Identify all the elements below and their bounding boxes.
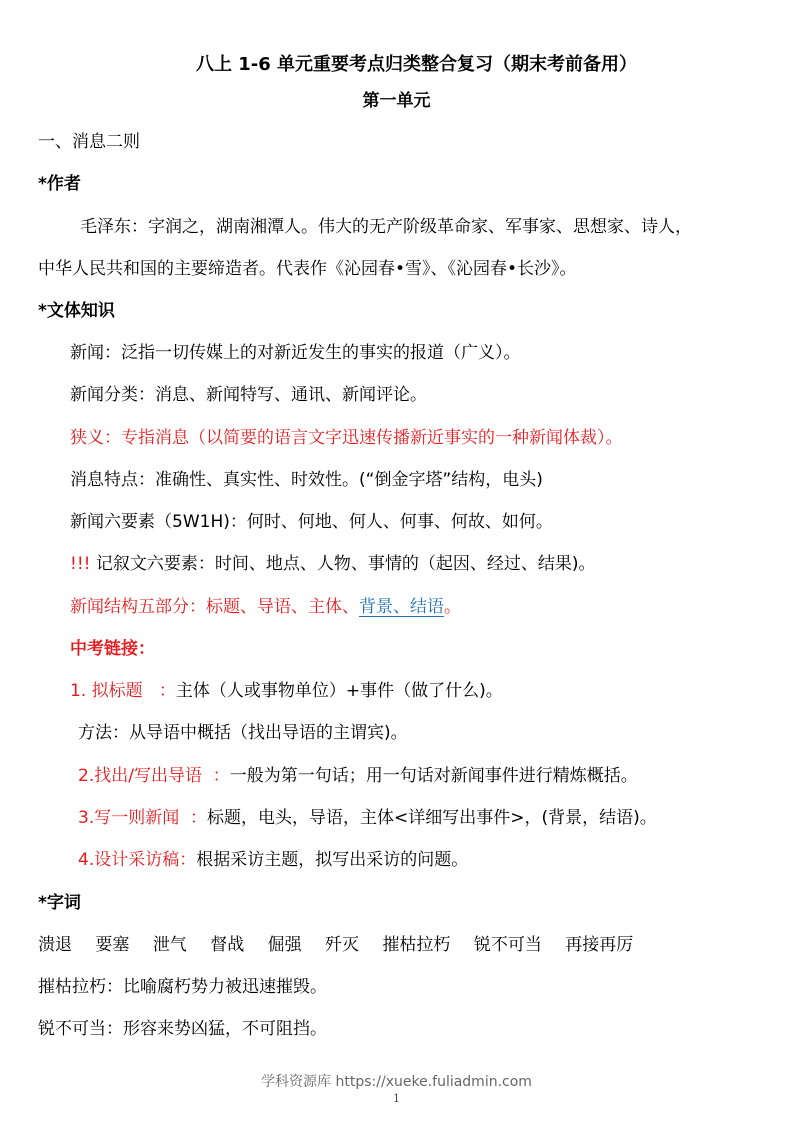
vocab-word: 督战 (210, 935, 244, 955)
six-elements: 新闻六要素（5W1H)：何时、何地、何人、何事、何故、如何。 (70, 511, 553, 533)
author-text-line-1: 毛泽东：字润之，湖南湘潭人。伟大的无产阶级革命家、军事家、思想家、诗人， (80, 216, 692, 238)
vocab-word: 泄气 (153, 935, 187, 955)
news-definition: 新闻：泛指一切传媒上的对新近发生的事实的报道（广义）。 (70, 342, 521, 364)
exam-link-heading: 中考链接： (70, 638, 155, 660)
structure-red-part: 新闻结构五部分：标题、导语、主体、 (70, 597, 359, 617)
exam-item-2-text: 一般为第一句话；用一句话对新闻事件进行精炼概括。 (230, 766, 638, 786)
exam-item-1: 1. 拟标题 ：主体（人或事物单位）+事件（做了什么)。 (70, 680, 503, 702)
exam-item-1-text: 主体（人或事物单位）+事件（做了什么)。 (176, 681, 503, 701)
exam-item-2-label: 2.找出/写出导语 ： (78, 766, 230, 786)
footer-watermark: 学科资源库 https://xueke.fuliadmin.com (0, 1071, 793, 1091)
vocab-word: 摧枯拉朽 (382, 935, 450, 955)
unit-heading: 第一单元 (0, 90, 793, 112)
vocab-definition-2: 锐不可当：形容来势凶猛，不可阻挡。 (38, 1018, 327, 1040)
author-heading: *作者 (38, 173, 81, 195)
document-title: 八上 1-6 单元重要考点归类整合复习（期末考前备用） (0, 54, 793, 76)
exam-item-3: 3.写一则新闻 ：标题，电头，导语，主体<详细写出事件>，(背景，结语)。 (78, 807, 657, 829)
exam-item-3-label: 3.写一则新闻 ： (78, 808, 207, 828)
exam-item-3-text: 标题，电头，导语，主体<详细写出事件>，(背景，结语)。 (207, 808, 657, 828)
page-number: 1 (0, 1092, 793, 1105)
exam-item-4-text: 根据采访主题，拟写出采访的问题。 (196, 850, 468, 870)
exam-item-1-label: 1. 拟标题 ： (70, 681, 176, 701)
news-structure-line: 新闻结构五部分：标题、导语、主体、背景、结语。 (70, 596, 461, 618)
document-page: 八上 1-6 单元重要考点归类整合复习（期末考前备用） 第一单元 一、消息二则 … (0, 0, 793, 1122)
vocab-word: 锐不可当 (474, 935, 542, 955)
genre-heading: *文体知识 (38, 300, 115, 322)
structure-blue-part: 背景、结语 (359, 597, 444, 617)
vocab-word: 溃退 (38, 935, 72, 955)
vocab-definition-1: 摧枯拉朽：比喻腐朽势力被迅速摧毁。 (38, 976, 327, 998)
exam-item-4: 4.设计采访稿：根据采访主题，拟写出采访的问题。 (78, 849, 468, 871)
vocab-word: 歼灭 (325, 935, 359, 955)
vocab-word: 倔强 (268, 935, 302, 955)
narrative-elements-line: !!! 记叙文六要素：时间、地点、人物、事情的（起因、经过、结果)。 (70, 553, 596, 575)
alert-marks: !!! (70, 554, 90, 574)
vocab-word: 要塞 (95, 935, 129, 955)
news-types: 新闻分类：消息、新闻特写、通讯、新闻评论。 (70, 384, 427, 406)
exam-item-2: 2.找出/写出导语 ：一般为第一句话；用一句话对新闻事件进行精炼概括。 (78, 765, 638, 787)
exam-item-4-label: 4.设计采访稿： (78, 850, 196, 870)
vocab-word: 再接再厉 (565, 935, 633, 955)
narrow-definition: 狭义：专指消息（以简要的语言文字迅速传播新近事实的一种新闻体裁）。 (70, 427, 623, 449)
author-text-line-2: 中华人民共和国的主要缔造者。代表作《沁园春•雪》、《沁园春•长沙》。 (38, 258, 577, 280)
structure-end: 。 (444, 597, 461, 617)
message-features: 消息特点：准确性、真实性、时效性。(“倒金字塔”结构，电头) (70, 469, 543, 491)
exam-item-1-method: 方法：从导语中概括（找出导语的主谓宾)。 (78, 722, 408, 744)
narrative-elements: 记叙文六要素：时间、地点、人物、事情的（起因、经过、结果)。 (90, 554, 595, 574)
section-heading: 一、消息二则 (38, 131, 140, 153)
vocab-heading: *字词 (38, 892, 81, 914)
vocab-word-list: 溃退 要塞 泄气 督战 倔强 歼灭 摧枯拉朽 锐不可当 再接再厉 (38, 934, 633, 956)
